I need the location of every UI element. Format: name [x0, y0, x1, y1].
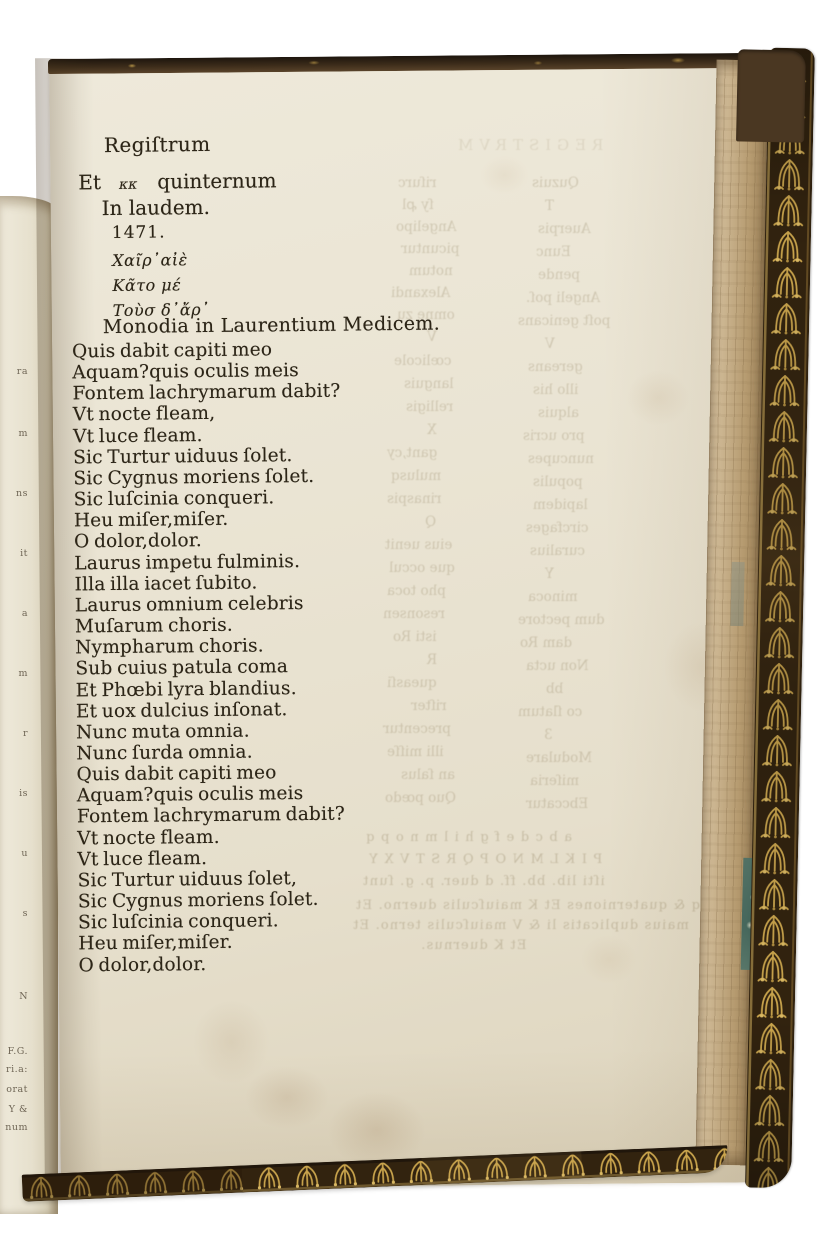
leaf-text-fragment: ns: [2, 488, 28, 499]
poem-line: Et uox dulcius inſonat.: [76, 698, 344, 722]
poem-line: Aquam?quis oculis meis: [72, 360, 340, 384]
poem-line: Sic Turtur uiduus ſolet,: [78, 867, 346, 891]
leaf-text-fragment: r: [2, 728, 28, 739]
leaf-text-fragment: Y &: [2, 1104, 28, 1115]
leaf-text-fragment: orat: [2, 1084, 28, 1095]
poem-line: Quis dabit capiti meo: [72, 339, 340, 363]
in-laudem-line: In laudem.: [101, 195, 210, 220]
leaf-text-fragment: num: [2, 1122, 28, 1133]
fore-edge-grey-patch: [730, 562, 744, 626]
poem-line: Et Phœbi lyra blandius.: [76, 677, 344, 701]
poem-line: Vt luce fleam.: [77, 846, 345, 870]
poem-line: Nunc ſurda omnia.: [76, 741, 344, 765]
register-line-greek: κκ: [119, 177, 138, 193]
greek-lines: Χαῖρ᾽αἰὲΚᾶτο μέΤοὺσ δ᾽ἄρ᾽: [112, 247, 210, 323]
poem-line: Aquam?quis oculis meis: [77, 783, 345, 807]
poem-line: Laurus impetu fulminis.: [74, 550, 342, 574]
poem-line: O dolor,dolor.: [74, 529, 342, 553]
poem-line: Heu miſer,miſer.: [78, 931, 346, 955]
poem-line: Illa illa iacet ſubito.: [74, 571, 342, 595]
poem-line: Muſarum choris.: [75, 614, 343, 638]
poem-line: Quis dabit capiti meo: [76, 762, 344, 786]
leaf-text-fragment: m: [2, 668, 28, 679]
poem-line: Fontem lachrymarum dabit?: [72, 381, 340, 405]
poem-line: Fontem lachrymarum dabit?: [77, 804, 345, 828]
leaf-text-fragment: F.G.: [2, 1046, 28, 1057]
poem-line: Vt nocte fleam,: [73, 402, 341, 426]
year-line: 1471.: [112, 222, 166, 243]
poem-line: Laurus omnium celebris: [75, 592, 343, 616]
poem-title: Monodia in Laurentium Medicem.: [103, 313, 440, 339]
poem: Quis dabit capiti meoAquam?quis oculis m…: [72, 339, 347, 976]
poem-line: O dolor,dolor.: [78, 952, 346, 976]
gilt-cover-corner-top-right: [736, 49, 806, 142]
poem-line: Nympharum choris.: [75, 635, 343, 659]
poem-line: Sic luſcinia conqueri.: [78, 910, 346, 934]
poem-line: Sic luſcinia conqueri.: [74, 487, 342, 511]
poem-line: Vt nocte fleam.: [77, 825, 345, 849]
leaf-text-fragment: is: [2, 788, 28, 799]
register-line-prefix: Et: [78, 170, 101, 194]
leaf-text-fragment: ri.a:: [2, 1064, 28, 1075]
greek-line: Κᾶτο μέ: [112, 272, 209, 298]
poem-line: Vt luce fleam.: [73, 423, 341, 447]
leaf-text-fragment: u: [2, 848, 28, 859]
poem-line: Heu miſer,miſer.: [74, 508, 342, 532]
facing-leaf-edge: ramnsitamrisusNF.G.ri.a:oratY &num: [0, 196, 58, 1214]
leaf-text-fragment: N: [2, 991, 28, 1002]
page-recto: Regiſtrum Etκκquinternum In laudem. 1471…: [49, 60, 749, 1189]
register-line-suffix: quinternum: [157, 168, 276, 193]
leaf-text-fragment: a: [2, 608, 28, 619]
photo-canvas: { "page": { "header": "Regiſtrum", "regi…: [0, 0, 833, 1260]
leaf-text-fragment: m: [2, 428, 28, 439]
leaf-text-fragment: it: [2, 548, 28, 559]
register-line: Etκκquinternum: [78, 168, 276, 194]
leaf-text-fragment: s: [2, 908, 28, 919]
poem-line: Sic Turtur uiduus ſolet.: [73, 444, 341, 468]
leaf-text-fragment: ra: [2, 366, 28, 377]
poem-line: Sic Cygnus moriens ſolet.: [73, 466, 341, 490]
poem-line: Sub cuius patula coma: [75, 656, 343, 680]
running-header: Regiſtrum: [104, 132, 211, 157]
poem-line: Sic Cygnus moriens ſolet.: [78, 889, 346, 913]
greek-line: Χαῖρ᾽αἰὲ: [112, 247, 209, 273]
poem-line: Nunc muta omnia.: [76, 719, 344, 743]
